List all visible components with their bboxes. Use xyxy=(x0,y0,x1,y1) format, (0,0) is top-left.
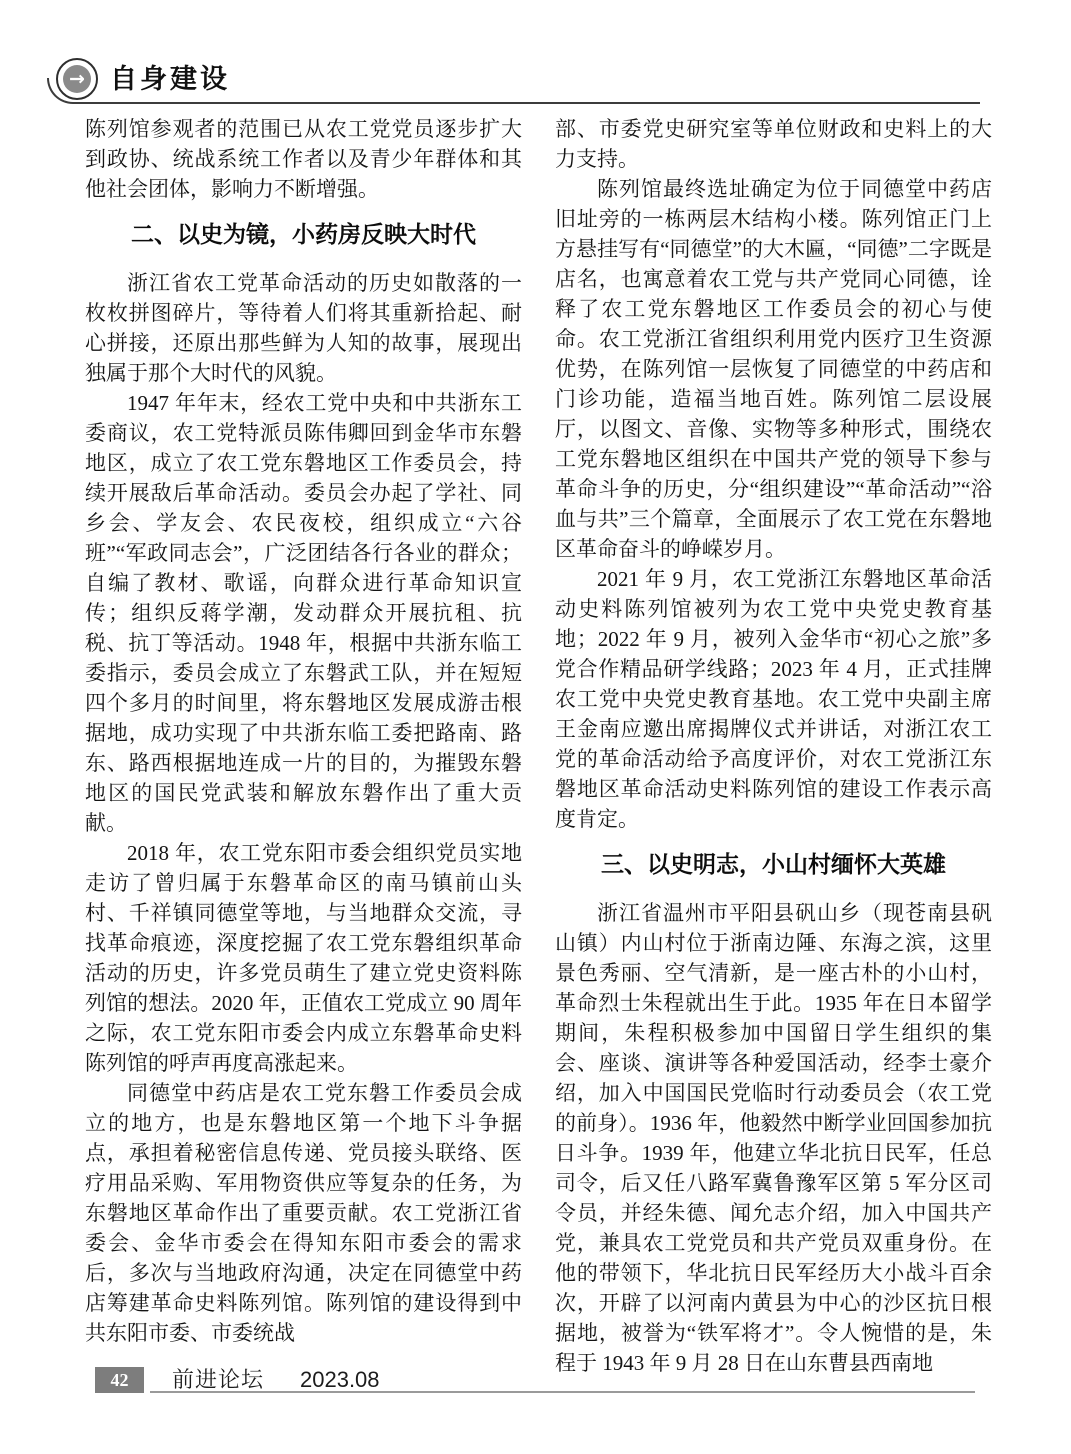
left-column: 陈列馆参观者的范围已从农工党党员逐步扩大到政协、统战系统工作者以及青少年群体和其… xyxy=(85,114,522,1378)
section-label: 自身建设 xyxy=(110,57,230,96)
paragraph: 1947 年年末，经农工党中央和中共浙东工委商议，农工党特派员陈伟卿回到金华市东… xyxy=(85,388,522,838)
paragraph: 浙江省温州市平阳县矾山乡（现苍南县矾山镇）内山村位于浙南边陲、东海之滨，这里景色… xyxy=(555,898,992,1378)
paragraph: 浙江省农工党革命活动的历史如散落的一枚枚拼图碎片，等待着人们将其重新拾起、耐心拼… xyxy=(85,268,522,388)
journal-page: → 自身建设 陈列馆参观者的范围已从农工党党员逐步扩大到政协、统战系统工作者以及… xyxy=(0,0,1071,1454)
article-body: 陈列馆参观者的范围已从农工党党员逐步扩大到政协、统战系统工作者以及青少年群体和其… xyxy=(85,114,992,1378)
page-number-badge: 42 xyxy=(95,1367,144,1393)
paragraph: 陈列馆最终选址确定为位于同德堂中药店旧址旁的一栋两层木结构小楼。陈列馆正门上方悬… xyxy=(555,174,992,564)
issue-number: 2023.08 xyxy=(300,1366,380,1394)
arrow-right-circle-icon: → xyxy=(56,58,98,100)
paragraph: 部、市委党史研究室等单位财政和史料上的大力支持。 xyxy=(555,114,992,174)
paragraph: 2021 年 9 月，农工党浙江东磐地区革命活动史料陈列馆被列为农工党中央党史教… xyxy=(555,564,992,834)
arrow-right-glyph: → xyxy=(63,65,91,93)
right-column: 部、市委党史研究室等单位财政和史料上的大力支持。 陈列馆最终选址确定为位于同德堂… xyxy=(555,114,992,1378)
section-heading-2: 二、以史为镜，小药房反映大时代 xyxy=(85,220,522,250)
paragraph: 同德堂中药店是农工党东磐工作委员会成立的地方，也是东磐地区第一个地下斗争据点，承… xyxy=(85,1078,522,1348)
footer-rule xyxy=(150,1391,975,1393)
paragraph: 陈列馆参观者的范围已从农工党党员逐步扩大到政协、统战系统工作者以及青少年群体和其… xyxy=(85,114,522,204)
journal-name: 前进论坛 xyxy=(172,1366,264,1394)
section-heading-3: 三、以史明志，小山村缅怀大英雄 xyxy=(555,850,992,880)
paragraph: 2018 年，农工党东阳市委会组织党员实地走访了曾归属于东磐革命区的南马镇前山头… xyxy=(85,838,522,1078)
